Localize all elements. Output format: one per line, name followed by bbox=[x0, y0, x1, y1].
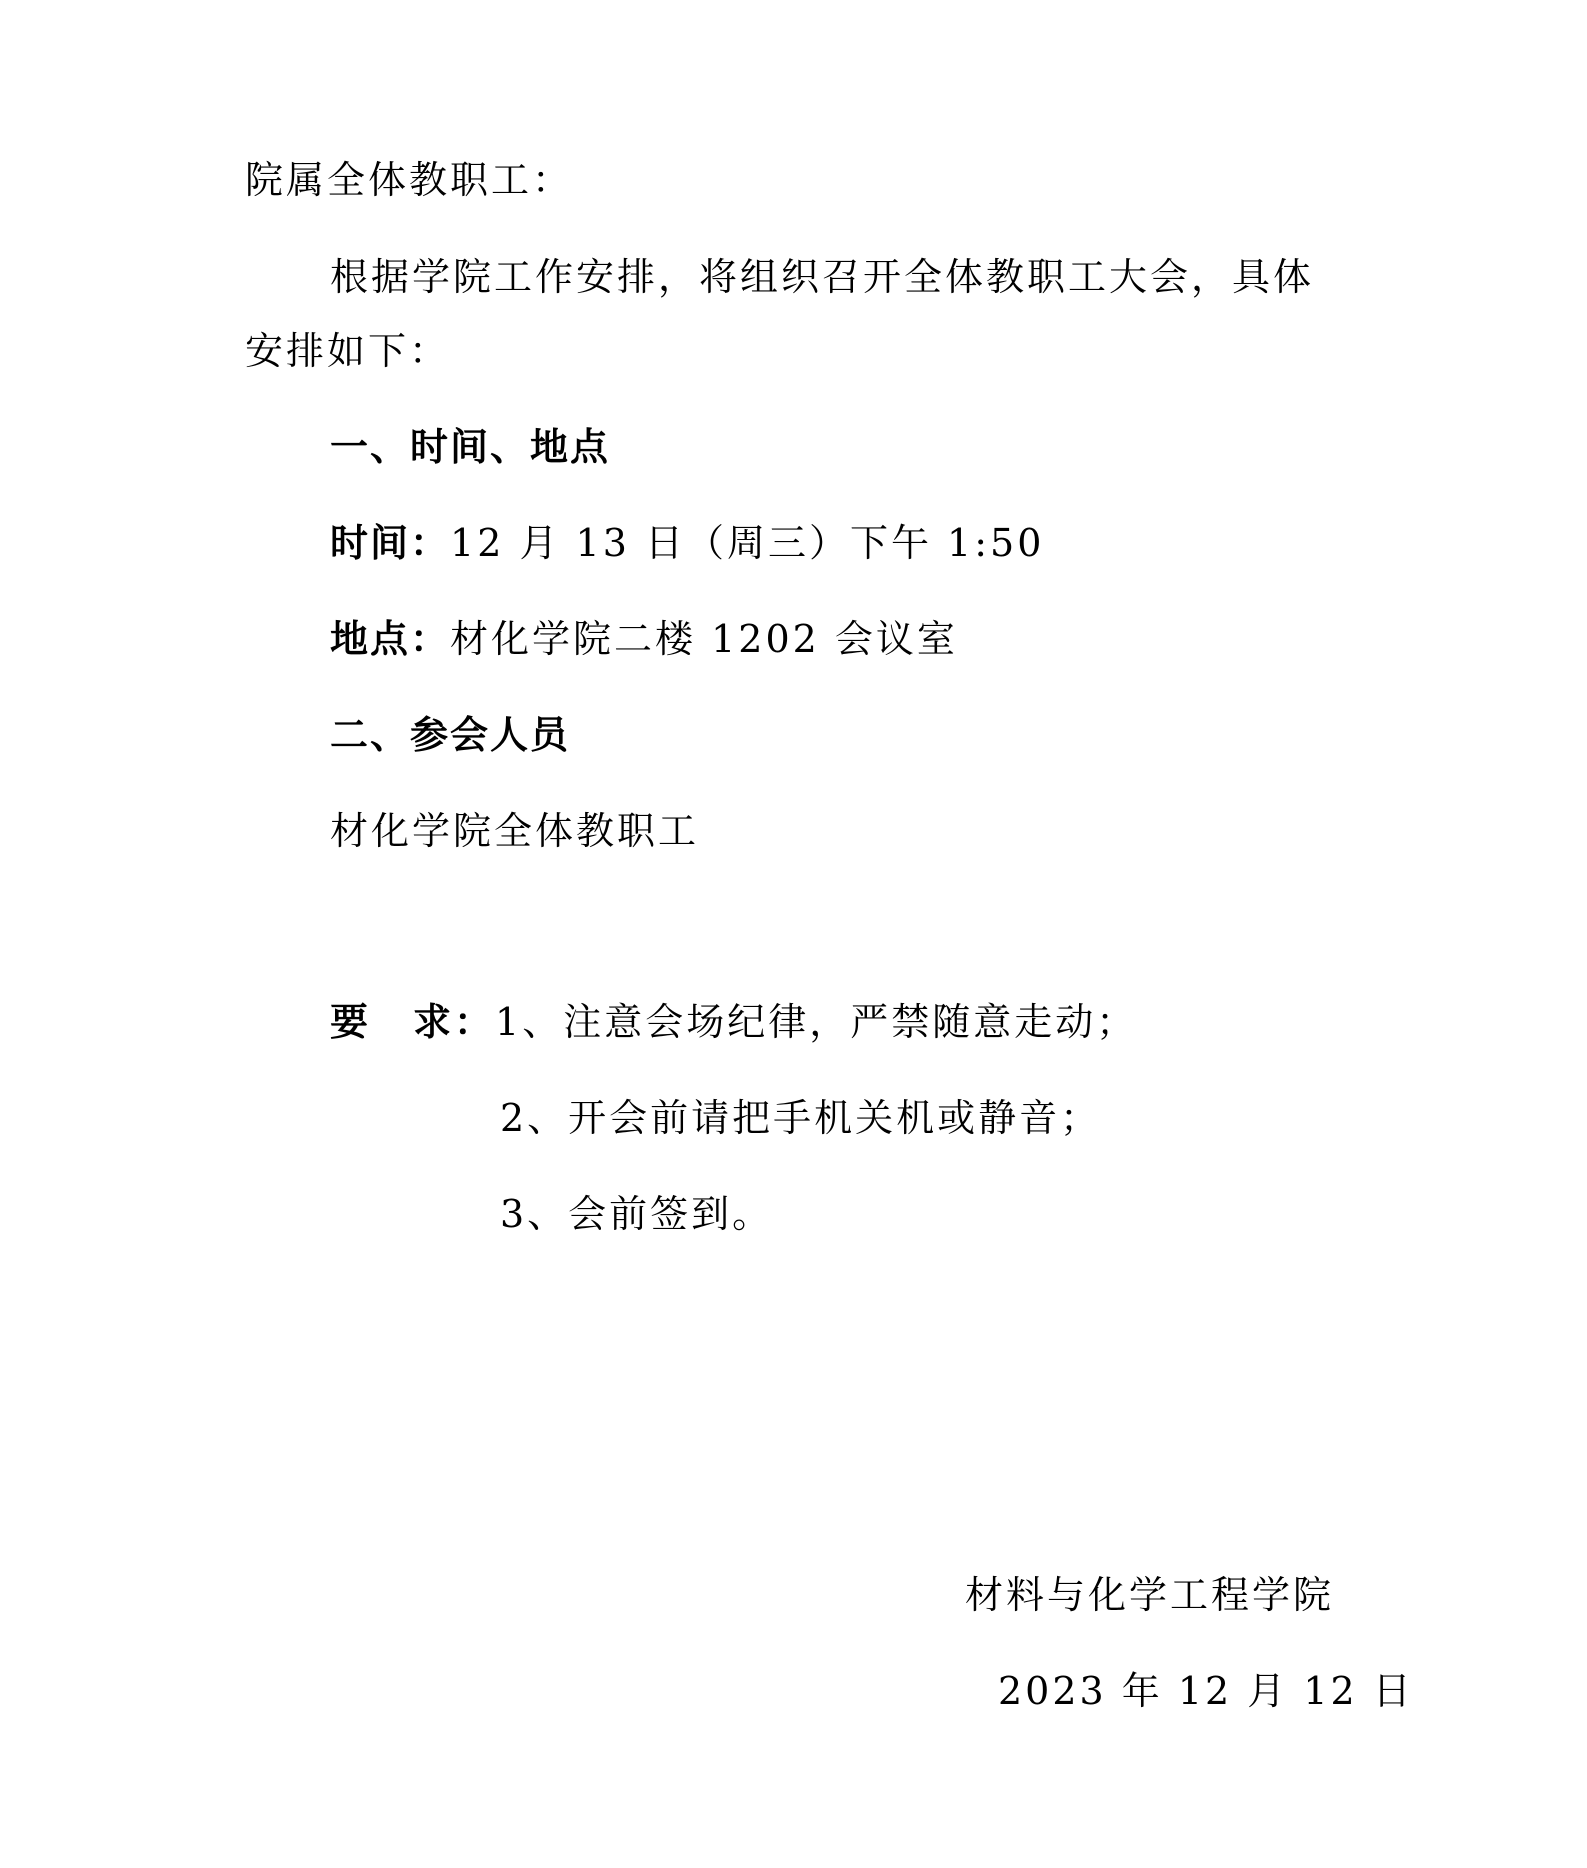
place-label: 地点： bbox=[330, 617, 450, 661]
time-row: 时间：12 月 13 日（周三）下午 1:50 bbox=[330, 519, 1044, 567]
attendees-text: 材化学院全体教职工 bbox=[330, 807, 699, 855]
section-heading-attendees: 二、参会人员 bbox=[330, 711, 570, 759]
requirements-label-part-2: 求： bbox=[413, 1000, 495, 1044]
time-label: 时间： bbox=[330, 521, 450, 565]
intro-paragraph-line-1: 根据学院工作安排，将组织召开全体教职工大会，具体 bbox=[330, 253, 1314, 301]
requirement-item: 1、注意会场纪律，严禁随意走动； bbox=[495, 1000, 1137, 1044]
salutation: 院属全体教职工： bbox=[245, 156, 573, 204]
section-heading-time-place: 一、时间、地点 bbox=[330, 423, 610, 471]
requirement-item: 3、会前签到。 bbox=[500, 1190, 773, 1238]
time-value: 12 月 13 日（周三）下午 1:50 bbox=[450, 521, 1044, 565]
place-value: 材化学院二楼 1202 会议室 bbox=[450, 617, 958, 661]
requirements-label: 要求： bbox=[330, 998, 495, 1046]
requirement-item: 2、开会前请把手机关机或静音； bbox=[500, 1094, 1101, 1142]
requirements-label-part-1: 要 bbox=[330, 1000, 371, 1044]
intro-paragraph-line-2: 安排如下： bbox=[245, 327, 450, 375]
signature-organization: 材料与化学工程学院 bbox=[965, 1571, 1334, 1619]
requirement-row-1: 要求：1、注意会场纪律，严禁随意走动； bbox=[330, 998, 1137, 1046]
place-row: 地点：材化学院二楼 1202 会议室 bbox=[330, 615, 958, 663]
signature-date: 2023 年 12 月 12 日 bbox=[998, 1667, 1414, 1715]
